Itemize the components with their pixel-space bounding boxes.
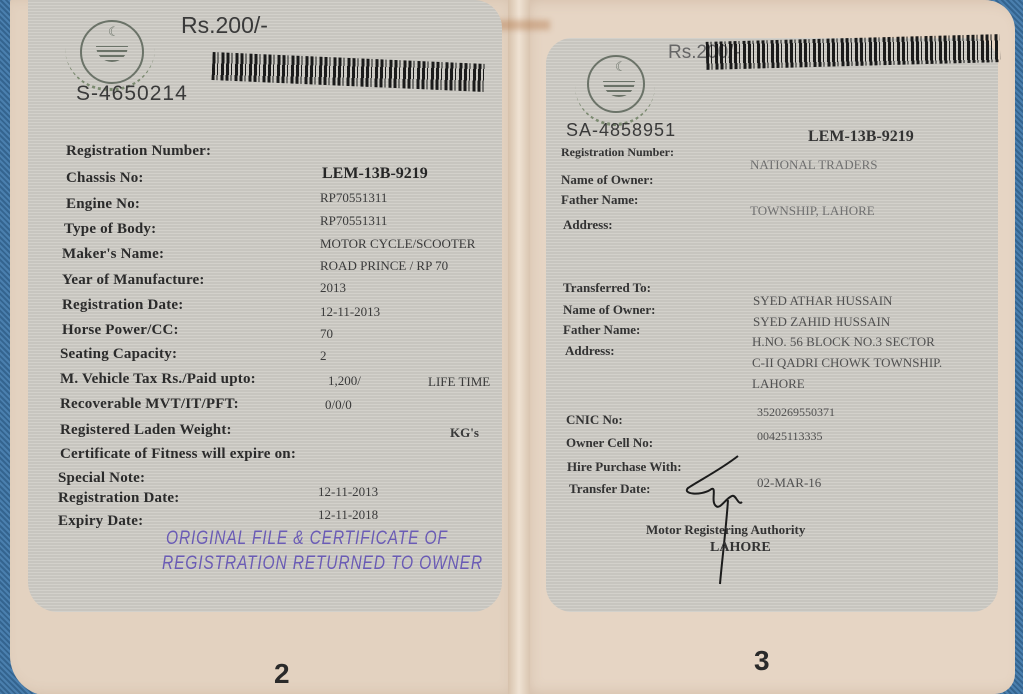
punjab-emblem-left xyxy=(60,20,160,80)
address-label: Address: xyxy=(563,217,613,233)
field-label: Registration Number: xyxy=(66,143,211,160)
new-address-label: Address: xyxy=(565,343,615,359)
new-father-value: SYED ZAHID HUSSAIN xyxy=(753,314,890,330)
stamp-line-2: REGISTRATION RETURNED TO OWNER xyxy=(162,553,483,575)
field-value: 2013 xyxy=(320,280,346,296)
cnic-label: CNIC No: xyxy=(566,412,623,428)
authority-line-1: Motor Registering Authority xyxy=(646,522,805,538)
signature-icon xyxy=(680,450,770,590)
field-extra: KG's xyxy=(450,425,479,441)
field-label: Year of Manufacture: xyxy=(62,272,205,289)
address-value: TOWNSHIP, LAHORE xyxy=(750,203,875,219)
field-value: ROAD PRINCE / RP 70 xyxy=(320,258,448,274)
cnic-value: 3520269550371 xyxy=(757,405,835,420)
field-value: RP70551311 xyxy=(320,213,387,229)
field-value: RP70551311 xyxy=(320,190,387,206)
new-address-line-2: C-II QADRI CHOWK TOWNSHIP. xyxy=(752,355,942,371)
field-label: Maker's Name: xyxy=(62,246,164,263)
serial-number: S-4650214 xyxy=(76,82,188,106)
field-value: 1,200/ xyxy=(328,373,361,389)
new-owner-value: SYED ATHAR HUSSAIN xyxy=(753,293,892,309)
field-value: 12-11-2018 xyxy=(318,507,378,523)
field-label: Horse Power/CC: xyxy=(62,322,179,339)
field-label: Registration Date: xyxy=(58,490,179,507)
transferred-to-label: Transferred To: xyxy=(563,280,651,296)
field-label: Chassis No: xyxy=(66,170,144,187)
transfer-date-label: Transfer Date: xyxy=(569,481,650,497)
stamp-line-1: ORIGINAL FILE & CERTIFICATE OF xyxy=(166,528,448,550)
owner-value: NATIONAL TRADERS xyxy=(750,157,877,173)
field-label: Engine No: xyxy=(66,196,140,213)
registration-number-value: LEM-13B-9219 xyxy=(808,128,914,146)
registration-number-label: Registration Number: xyxy=(561,145,674,160)
field-value: 0/0/0 xyxy=(325,397,352,413)
field-extra: LIFE TIME xyxy=(428,374,490,390)
page-number-left: 2 xyxy=(274,658,290,690)
field-label: Registration Date: xyxy=(62,297,183,314)
field-label: Registered Laden Weight: xyxy=(60,422,232,439)
father-name-label: Father Name: xyxy=(561,192,638,208)
new-address-line-3: LAHORE xyxy=(752,376,805,392)
field-value: 70 xyxy=(320,326,333,342)
page-number-right: 3 xyxy=(754,645,770,677)
field-value: 12-11-2013 xyxy=(320,304,380,320)
field-label: Certificate of Fitness will expire on: xyxy=(60,446,296,463)
field-label: Recoverable MVT/IT/PFT: xyxy=(60,396,239,413)
new-father-label: Father Name: xyxy=(563,322,640,338)
price-label: Rs.200/- xyxy=(181,12,268,39)
emblem-icon xyxy=(80,20,144,84)
owner-cell-label: Owner Cell No: xyxy=(566,435,653,451)
field-value: MOTOR CYCLE/SCOOTER xyxy=(320,236,475,252)
booklet-spine xyxy=(508,0,530,694)
hire-purchase-label: Hire Purchase With: xyxy=(567,459,682,475)
field-value: LEM-13B-9219 xyxy=(322,165,428,183)
field-label: Type of Body: xyxy=(64,221,156,238)
field-value: 12-11-2013 xyxy=(318,484,378,500)
new-owner-label: Name of Owner: xyxy=(563,302,655,318)
punjab-emblem-right xyxy=(575,55,665,115)
field-value: 2 xyxy=(320,348,327,364)
field-label: Seating Capacity: xyxy=(60,346,177,363)
authority-line-2: LAHORE xyxy=(710,540,771,556)
owner-label: Name of Owner: xyxy=(561,172,653,188)
field-label: M. Vehicle Tax Rs./Paid upto: xyxy=(60,371,256,388)
emblem-icon xyxy=(587,55,645,113)
new-address-line-1: H.NO. 56 BLOCK NO.3 SECTOR xyxy=(752,334,935,350)
field-label: Special Note: xyxy=(58,470,145,487)
owner-cell-value: 00425113335 xyxy=(757,429,823,444)
serial-number: SA-4858951 xyxy=(566,120,676,141)
field-label: Expiry Date: xyxy=(58,513,143,530)
